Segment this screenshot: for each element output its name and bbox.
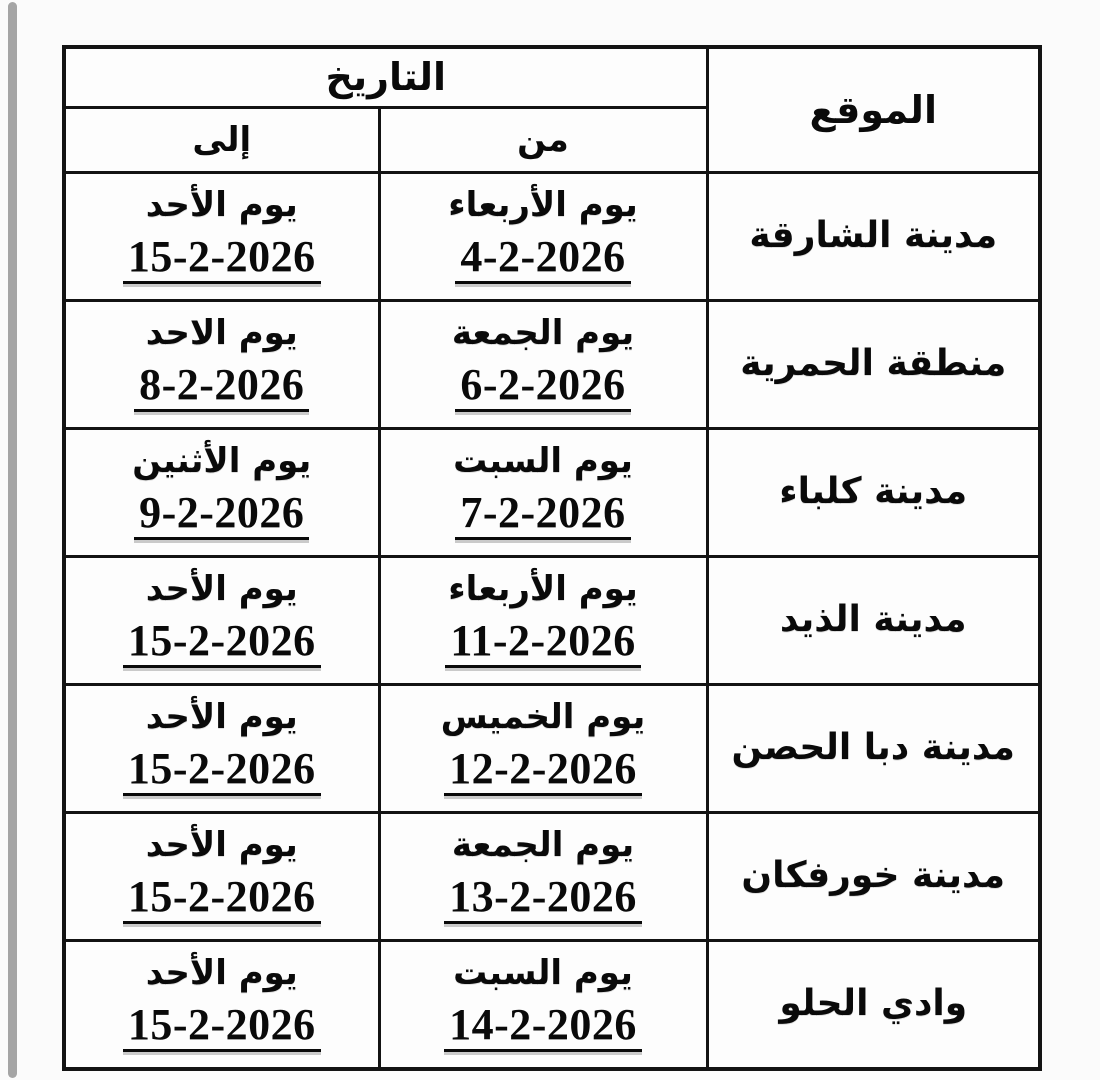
schedule-table: الموقع التاريخ من إلى مدينة الشارقة ي — [62, 45, 1042, 1071]
from-day-label: يوم الجمعة — [452, 828, 634, 862]
scrollbar-thumb[interactable] — [8, 2, 17, 1078]
location-label: وادي الحلو — [769, 983, 977, 1024]
to-cell: يوم الاحد 8-2-2026 — [64, 300, 379, 428]
to-day-label: يوم الأحد — [146, 572, 298, 606]
from-date-value: 6-2-2026 — [455, 365, 630, 412]
to-date-value: 9-2-2026 — [134, 493, 309, 540]
table-row: مدينة كلباء يوم السبت 7-2-2026 يوم الأثن… — [64, 428, 1040, 556]
to-daydate: يوم الأثنين 9-2-2026 — [66, 430, 378, 555]
from-daydate: يوم السبت 7-2-2026 — [381, 430, 706, 555]
from-cell: يوم الأربعاء 11-2-2026 — [379, 556, 707, 684]
from-date-value: 11-2-2026 — [445, 621, 640, 668]
from-date-value: 14-2-2026 — [444, 1005, 642, 1052]
to-date-value: 8-2-2026 — [134, 365, 309, 412]
to-day-label: يوم الأحد — [146, 700, 298, 734]
table-row: وادي الحلو يوم السبت 14-2-2026 يوم الأحد… — [64, 940, 1040, 1069]
location-label: مدينة الذيد — [770, 599, 977, 640]
from-date-value: 12-2-2026 — [444, 749, 642, 796]
header-date-group: التاريخ — [64, 47, 707, 107]
to-day-label: يوم الأحد — [146, 956, 298, 990]
to-daydate: يوم الأحد 15-2-2026 — [66, 174, 378, 299]
to-daydate: يوم الأحد 15-2-2026 — [66, 686, 378, 811]
to-cell: يوم الأحد 15-2-2026 — [64, 812, 379, 940]
location-cell: منطقة الحمرية — [707, 300, 1040, 428]
table-row: مدينة دبا الحصن يوم الخميس 12-2-2026 يوم… — [64, 684, 1040, 812]
from-date-value: 7-2-2026 — [455, 493, 630, 540]
to-date-value: 15-2-2026 — [123, 1005, 321, 1052]
from-cell: يوم الجمعة 13-2-2026 — [379, 812, 707, 940]
location-cell: مدينة دبا الحصن — [707, 684, 1040, 812]
from-day-label: يوم الأربعاء — [448, 188, 638, 222]
header-date-group-label: التاريخ — [325, 55, 446, 99]
location-label: مدينة الشارقة — [739, 215, 1007, 256]
from-daydate: يوم الجمعة 13-2-2026 — [381, 814, 706, 939]
from-date-value: 4-2-2026 — [455, 237, 630, 284]
page-background: { "page": { "background_color": "#fbfbfb… — [0, 0, 1100, 1080]
header-from: من — [379, 107, 707, 172]
from-day-label: يوم السبت — [453, 444, 633, 478]
schedule-table-container: الموقع التاريخ من إلى مدينة الشارقة ي — [62, 45, 1042, 1071]
schedule-table-body: مدينة الشارقة يوم الأربعاء 4-2-2026 يوم … — [64, 172, 1040, 1069]
to-daydate: يوم الاحد 8-2-2026 — [66, 302, 378, 427]
from-day-label: يوم الخميس — [441, 700, 646, 734]
to-day-label: يوم الأثنين — [132, 444, 311, 478]
location-label: مدينة دبا الحصن — [722, 727, 1025, 768]
from-daydate: يوم السبت 14-2-2026 — [381, 942, 706, 1067]
from-cell: يوم الأربعاء 4-2-2026 — [379, 172, 707, 300]
location-cell: مدينة كلباء — [707, 428, 1040, 556]
location-label: منطقة الحمرية — [730, 343, 1016, 384]
to-day-label: يوم الأحد — [146, 828, 298, 862]
location-cell: وادي الحلو — [707, 940, 1040, 1069]
to-daydate: يوم الأحد 15-2-2026 — [66, 942, 378, 1067]
to-cell: يوم الأحد 15-2-2026 — [64, 556, 379, 684]
location-label: مدينة كلباء — [769, 471, 977, 512]
to-day-label: يوم الأحد — [146, 188, 298, 222]
to-date-value: 15-2-2026 — [123, 237, 321, 284]
from-daydate: يوم الجمعة 6-2-2026 — [381, 302, 706, 427]
to-date-value: 15-2-2026 — [123, 749, 321, 796]
from-day-label: يوم السبت — [453, 956, 633, 990]
location-cell: مدينة الذيد — [707, 556, 1040, 684]
header-location: الموقع — [707, 47, 1040, 172]
location-cell: مدينة الشارقة — [707, 172, 1040, 300]
location-label: مدينة خورفكان — [731, 855, 1015, 896]
to-date-value: 15-2-2026 — [123, 621, 321, 668]
from-daydate: يوم الأربعاء 4-2-2026 — [381, 174, 706, 299]
to-day-label: يوم الاحد — [146, 316, 298, 350]
header-from-label: من — [517, 120, 569, 160]
to-daydate: يوم الأحد 15-2-2026 — [66, 814, 378, 939]
to-daydate: يوم الأحد 15-2-2026 — [66, 558, 378, 683]
to-cell: يوم الأحد 15-2-2026 — [64, 684, 379, 812]
schedule-table-header: الموقع التاريخ من إلى — [64, 47, 1040, 172]
to-cell: يوم الأحد 15-2-2026 — [64, 940, 379, 1069]
from-cell: يوم الجمعة 6-2-2026 — [379, 300, 707, 428]
from-day-label: يوم الأربعاء — [448, 572, 638, 606]
table-row: مدينة خورفكان يوم الجمعة 13-2-2026 يوم ا… — [64, 812, 1040, 940]
header-to: إلى — [64, 107, 379, 172]
from-daydate: يوم الخميس 12-2-2026 — [381, 686, 706, 811]
from-cell: يوم السبت 7-2-2026 — [379, 428, 707, 556]
to-date-value: 15-2-2026 — [123, 877, 321, 924]
table-row: مدينة الشارقة يوم الأربعاء 4-2-2026 يوم … — [64, 172, 1040, 300]
to-cell: يوم الأثنين 9-2-2026 — [64, 428, 379, 556]
header-location-label: الموقع — [810, 88, 937, 132]
from-cell: يوم الخميس 12-2-2026 — [379, 684, 707, 812]
location-cell: مدينة خورفكان — [707, 812, 1040, 940]
from-daydate: يوم الأربعاء 11-2-2026 — [381, 558, 706, 683]
from-date-value: 13-2-2026 — [444, 877, 642, 924]
table-row: مدينة الذيد يوم الأربعاء 11-2-2026 يوم ا… — [64, 556, 1040, 684]
table-row: منطقة الحمرية يوم الجمعة 6-2-2026 يوم ال… — [64, 300, 1040, 428]
header-to-label: إلى — [192, 120, 251, 160]
from-cell: يوم السبت 14-2-2026 — [379, 940, 707, 1069]
from-day-label: يوم الجمعة — [452, 316, 634, 350]
to-cell: يوم الأحد 15-2-2026 — [64, 172, 379, 300]
